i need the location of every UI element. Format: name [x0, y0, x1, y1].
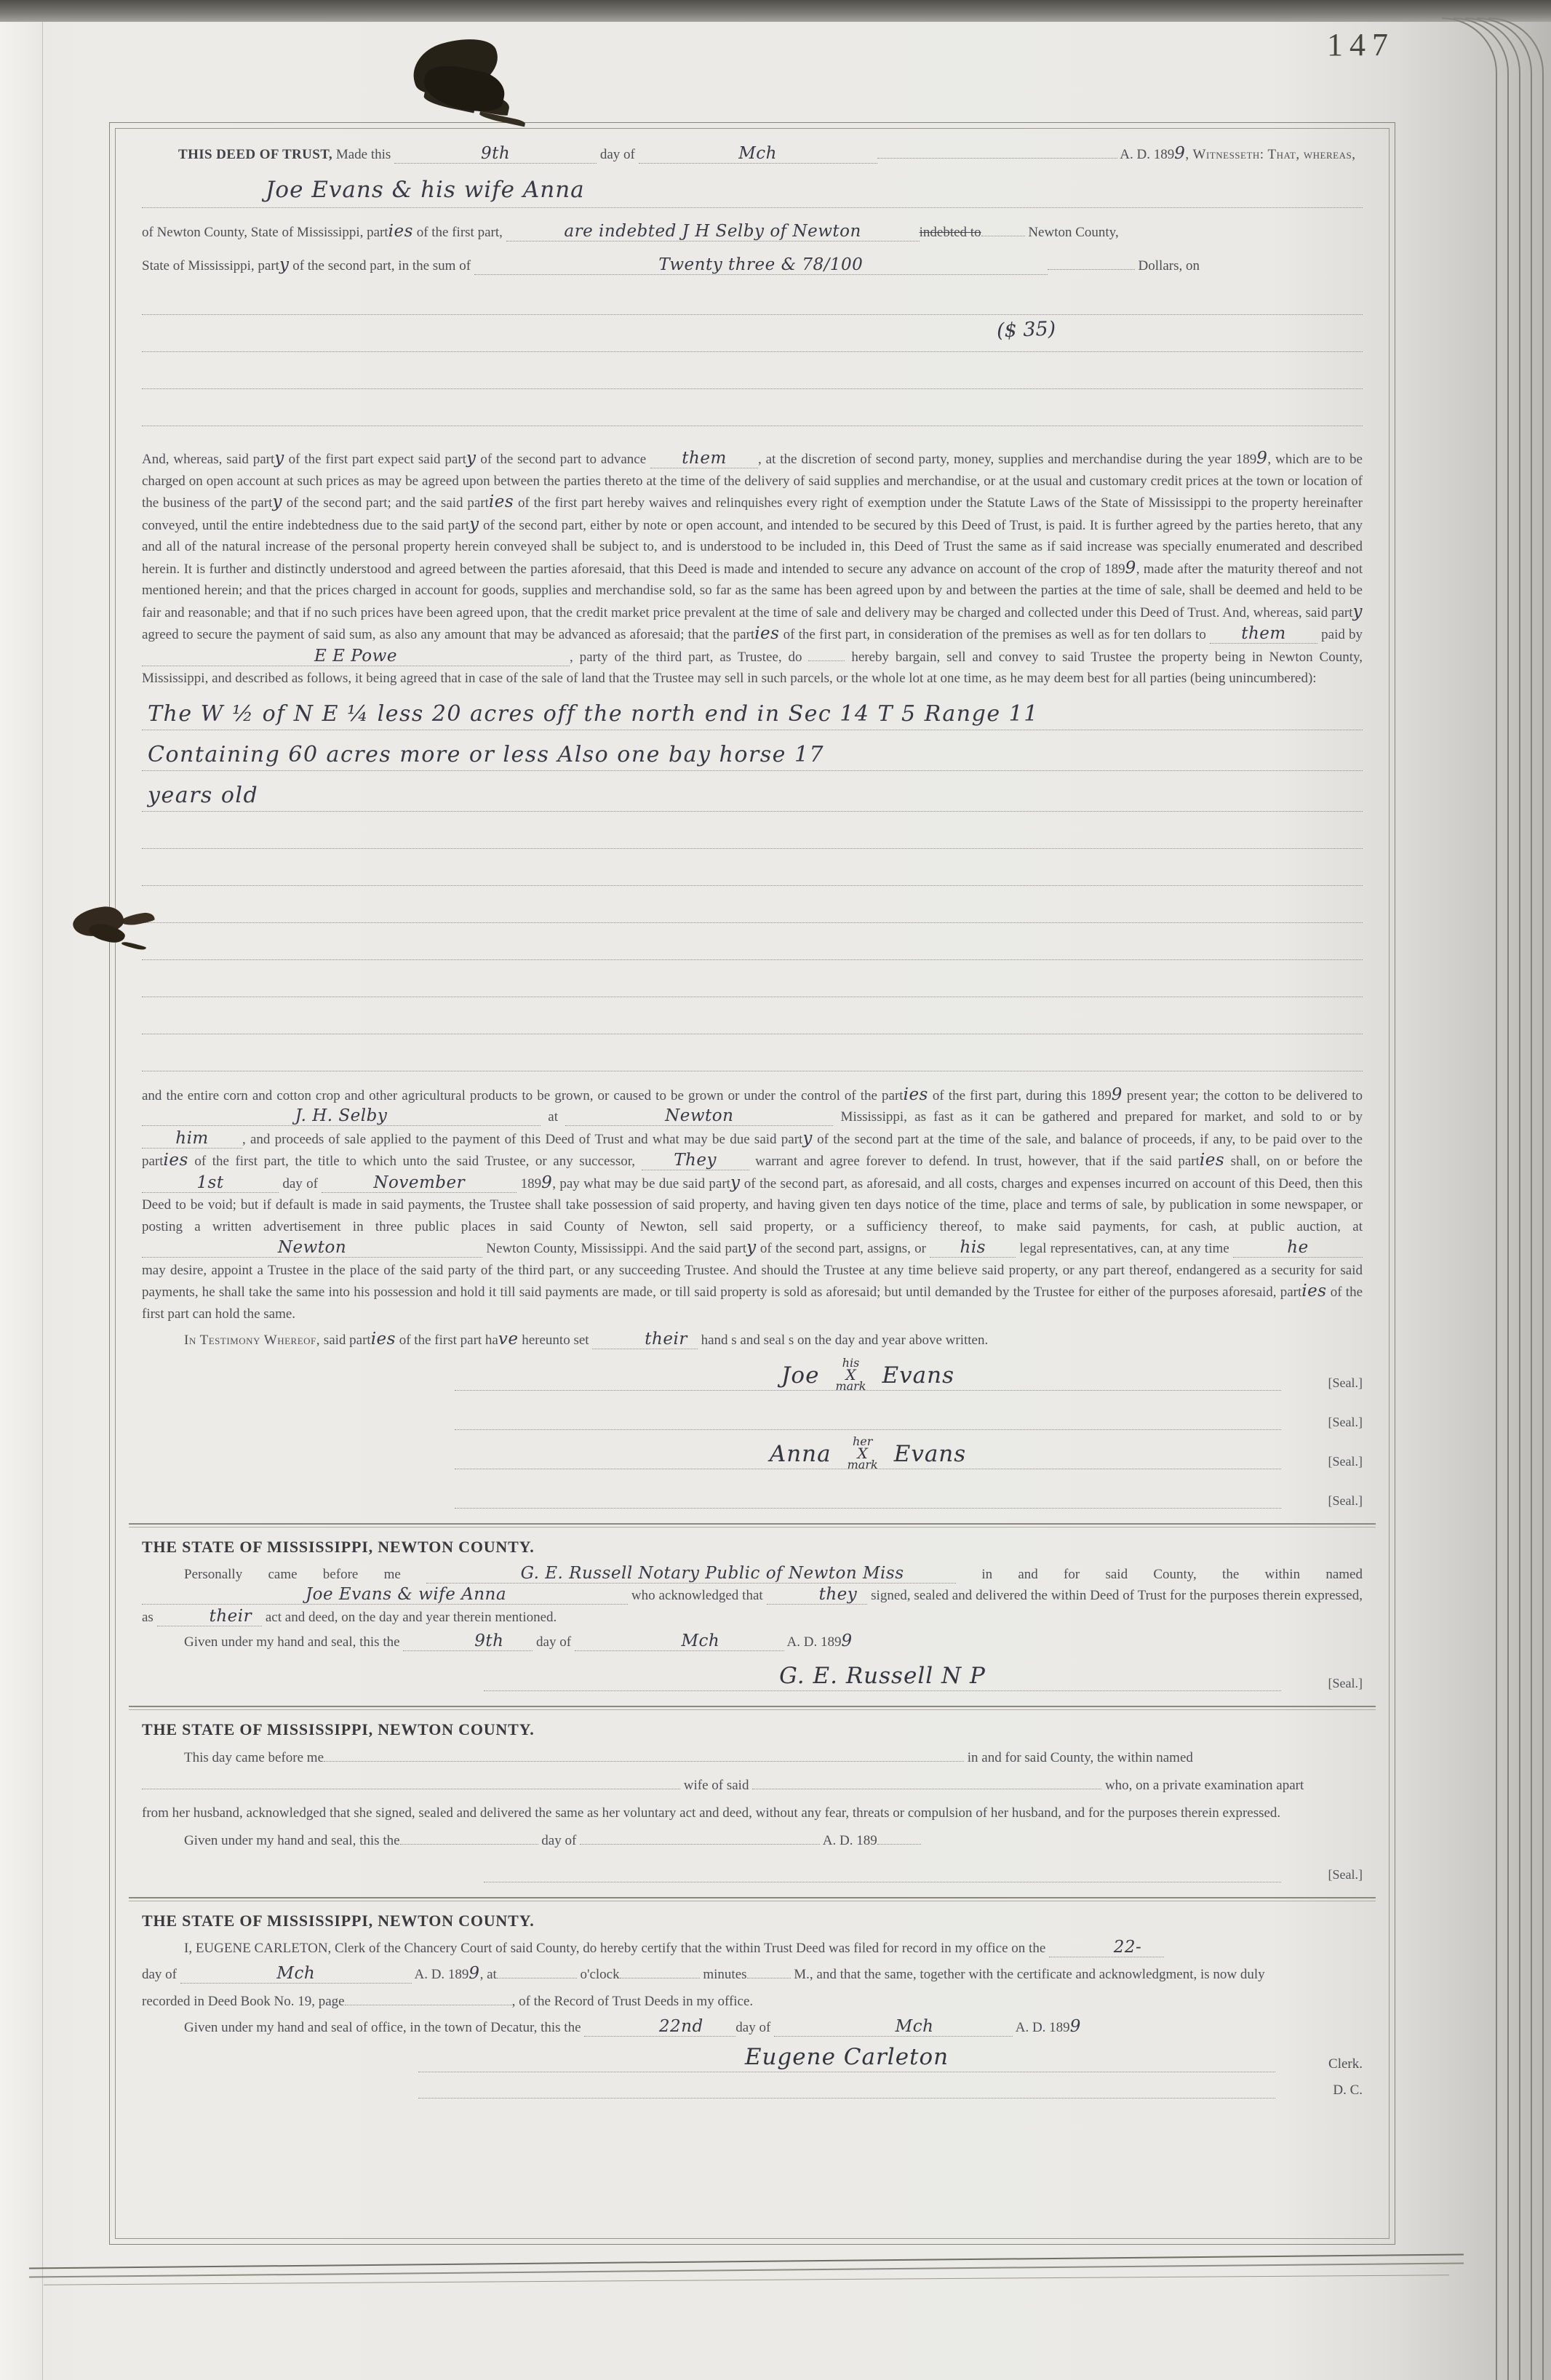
text-run: Joe Evans & wife Anna — [142, 1585, 628, 1605]
signature-line-blank — [455, 1428, 1281, 1430]
blank-ruled-line — [142, 352, 1363, 389]
text-run: day of — [597, 147, 639, 162]
seal-label: [Seal.] — [1281, 1454, 1363, 1469]
scanned-deed-page: { "page": { "number": "147" }, "labels":… — [0, 0, 1551, 2380]
text-run: indebted to — [920, 225, 981, 240]
notary-acknowledgment-paragraph: Personally came before me G. E. Russell … — [142, 1564, 1363, 1629]
state-county-header: THE STATE OF MISSISSIPPI, NEWTON COUNTY. — [142, 1912, 1363, 1930]
signature-last-name: Evans — [894, 1441, 967, 1467]
text-run: y — [469, 515, 479, 534]
text-run: in and for said County, the within named — [964, 1750, 1193, 1765]
text-run: day of — [735, 2020, 774, 2035]
text-run: y — [802, 1129, 813, 1148]
signature-line: G. E. Russell N P — [484, 1663, 1281, 1691]
text-run: Given under my hand and seal, this the — [184, 1833, 400, 1848]
state-county-header: THE STATE OF MISSISSIPPI, NEWTON COUNTY. — [142, 1538, 1363, 1557]
text-run — [877, 143, 1117, 159]
notary-given-line: Given under my hand and seal, this the 9… — [142, 1631, 1363, 1653]
text-run: said part — [418, 452, 466, 467]
text-run — [808, 646, 845, 661]
text-run — [752, 1774, 1101, 1789]
text-run — [877, 1829, 921, 1845]
blank-ruled-line — [142, 812, 1363, 849]
text-run: who acknowledged that — [628, 1588, 767, 1603]
deed-covenant-paragraph: And, whereas, said party of the first pa… — [142, 448, 1363, 690]
blank-ruled-line — [142, 960, 1363, 997]
seal-label: [Seal.] — [1281, 1375, 1363, 1391]
clerk-certificate-line: day of Mch A. D. 1899, at o'clock minute… — [142, 1963, 1363, 1986]
text-run: J. H. Selby — [142, 1106, 541, 1126]
seal-label: [Seal.] — [1281, 1415, 1363, 1430]
ink-smudge — [67, 901, 183, 949]
text-run: M., and that the same, together with the… — [791, 1967, 1265, 1982]
text-run: , pay what may be due said part — [552, 1176, 730, 1191]
text-run: him — [142, 1129, 242, 1149]
text-run: Given under my hand and seal of office, … — [184, 2020, 584, 2035]
deputy-clerk-label: D. C. — [1275, 2082, 1363, 2099]
text-run: day of — [538, 1833, 581, 1848]
text-run: day of — [142, 1967, 180, 1982]
text-run: A. D. 189 — [820, 1833, 877, 1848]
text-run: , of the Record of Trust Deeds in my off… — [512, 1994, 754, 2009]
text-run: 9th — [394, 144, 597, 164]
text-run: minutes — [700, 1967, 747, 1982]
text-run: his — [930, 1238, 1016, 1258]
ink-blot — [404, 38, 521, 116]
testimony-line: In Testimony Whereof, said parties of th… — [142, 1329, 1363, 1351]
text-run: who, on a private examination apart — [1101, 1778, 1304, 1793]
property-description-line: years old — [142, 771, 1363, 812]
section-divider — [129, 1706, 1376, 1710]
text-run: present year; the cotton to be delivered… — [1123, 1088, 1363, 1103]
scan-top-edge — [0, 0, 1551, 22]
page-bottom-edge — [44, 2275, 1449, 2285]
text-run: Mississippi, as fast as it can be gather… — [833, 1109, 1363, 1125]
text-run: legal representatives, can, at any time — [1016, 1241, 1233, 1256]
text-run: A. D. 189 — [784, 1634, 842, 1650]
text-run — [620, 1963, 700, 1978]
blank-ruled-line — [142, 886, 1363, 923]
text-run: Newton County, Mississippi. And the said… — [482, 1241, 746, 1256]
text-run: warrant and agree forever to defend. In … — [749, 1154, 1200, 1169]
blank-ruled-line — [142, 923, 1363, 960]
signature-first-name: Anna — [770, 1441, 832, 1467]
text-run: A. D. 189 — [1013, 2020, 1070, 2035]
text-run: hereunto set — [518, 1333, 592, 1348]
text-run: from her husband, acknowledged that she … — [142, 1805, 1280, 1821]
text-run: Made this — [332, 147, 394, 162]
text-run: , at — [480, 1967, 497, 1982]
text-run: 22- — [1049, 1938, 1164, 1957]
scan-left-edge — [0, 0, 43, 2380]
text-run: them — [650, 449, 758, 468]
text-run: day of — [533, 1634, 575, 1650]
text-run: ies — [1200, 1151, 1224, 1170]
text-run: And, whereas, said part — [142, 452, 274, 467]
text-run: y — [279, 255, 290, 274]
text-run: ies — [489, 492, 514, 511]
text-run: of the second part to advance — [476, 452, 650, 467]
text-run: y — [274, 449, 284, 468]
text-run: Mch — [575, 1632, 784, 1651]
text-run: ies — [1301, 1282, 1326, 1301]
signature-line: Joe his X mark Evans — [455, 1355, 1281, 1391]
text-run: ies — [164, 1151, 188, 1170]
clerk-signature-row: Eugene Carleton Clerk. — [142, 2039, 1363, 2072]
wife-ack-line: wife of said who, on a private examinati… — [142, 1774, 1363, 1797]
sum-line: State of Mississippi, party of the secon… — [142, 253, 1363, 278]
blank-ruled-line — [142, 389, 1363, 426]
text-run: may desire, appoint a Trustee in the pla… — [142, 1263, 1363, 1301]
signature-line-blank — [455, 1506, 1281, 1509]
text-run: 9 — [1112, 1085, 1123, 1104]
text-run: said part — [320, 1333, 371, 1348]
text-run: of the first part, in consideration of t… — [779, 627, 1210, 642]
signature-line: Anna her X mark Evans — [455, 1434, 1281, 1469]
text-run: In Testimony Whereof, — [184, 1333, 320, 1348]
text-run: E E Powe — [142, 647, 570, 666]
wife-ack-line: from her husband, acknowledged that she … — [142, 1802, 1363, 1824]
signature-line: Eugene Carleton — [418, 2044, 1275, 2072]
text-run: ies — [371, 1330, 396, 1349]
clerk-certificate-line: recorded in Deed Book No. 19, page, of t… — [142, 1990, 1363, 2013]
signature-row: Joe his X mark Evans [Seal.] — [142, 1354, 1363, 1391]
clerk-label: Clerk. — [1275, 2056, 1363, 2072]
text-run: 9 — [1256, 449, 1267, 468]
text-run: are indebted J H Selby of Newton — [506, 222, 920, 241]
text-run: paid by — [1317, 627, 1363, 642]
page-number: 147 — [1327, 26, 1395, 63]
page-curl-edge — [1488, 17, 1544, 2380]
text-run: 1st — [142, 1173, 279, 1193]
text-run: 189 — [517, 1176, 541, 1191]
signature-line-blank — [484, 1880, 1281, 1882]
section-divider — [129, 1523, 1376, 1528]
text-run: of Newton County, State of Mississippi, … — [142, 225, 388, 240]
text-run: Mch — [639, 144, 877, 164]
seal-label: [Seal.] — [1281, 1676, 1363, 1691]
text-run: y — [746, 1238, 757, 1257]
text-run: , and proceeds of sale applied to the pa… — [242, 1132, 802, 1147]
text-run — [580, 1829, 820, 1845]
text-run: their — [157, 1607, 263, 1626]
text-run: Dollars, on — [1135, 258, 1200, 273]
text-run: ies — [388, 222, 413, 241]
text-run: Newton — [565, 1106, 833, 1126]
text-run — [345, 1990, 512, 2005]
text-run: and the entire corn and cotton crop and … — [142, 1088, 904, 1103]
text-run: y — [272, 492, 282, 511]
text-run: of the first part, the title to which un… — [188, 1154, 642, 1169]
text-run: State of Mississippi, part — [142, 258, 279, 273]
scan-background: 147 ($ 35) THIS DEED OF TRUST, Made this… — [0, 0, 1551, 2380]
seal-label: [Seal.] — [1281, 1493, 1363, 1509]
text-run: , at the discretion of second party, mon… — [758, 452, 1256, 467]
signature-last-name: Evans — [882, 1362, 955, 1389]
text-run: at — [541, 1109, 565, 1125]
text-run: y — [1353, 602, 1363, 621]
text-run: Personally came before me — [184, 1567, 426, 1582]
text-run: ies — [904, 1085, 928, 1104]
his-mark: his X mark — [835, 1358, 866, 1391]
text-run — [324, 1746, 964, 1762]
signature-first-name: Joe — [781, 1362, 819, 1389]
clerk-certificate-line: I, EUGENE CARLETON, Clerk of the Chancer… — [142, 1938, 1363, 1960]
deed-form: THIS DEED OF TRUST, Made this 9th day of… — [109, 122, 1395, 2245]
text-run: A. D. 189 — [1117, 147, 1175, 162]
first-part-line: of Newton County, State of Mississippi, … — [142, 220, 1363, 244]
clerk-given-line: Given under my hand and seal of office, … — [142, 2016, 1363, 2039]
text-run: Newton — [142, 1238, 482, 1258]
text-run: of the second part, assigns, or — [757, 1241, 930, 1256]
section-divider — [129, 1897, 1376, 1901]
signature-row: Anna her X mark Evans [Seal.] — [142, 1433, 1363, 1469]
text-run — [497, 1963, 577, 1978]
text-run: of the first part, during this 189 — [928, 1088, 1112, 1103]
seal-label: [Seal.] — [1281, 1867, 1363, 1882]
blank-ruled-line — [142, 849, 1363, 886]
text-run: 22nd — [584, 2017, 735, 2037]
text-run: I, EUGENE CARLETON, Clerk of the Chancer… — [184, 1941, 1049, 1956]
blank-ruled-line — [142, 278, 1363, 315]
text-run: 9th — [403, 1632, 533, 1651]
text-run: THIS DEED OF TRUST, — [178, 147, 332, 162]
text-run — [142, 1774, 680, 1789]
blank-ruled-line — [142, 315, 1363, 352]
text-run: , Witnesseth: That, whereas, — [1185, 147, 1355, 162]
clerk-signature: Eugene Carleton — [745, 2044, 949, 2070]
text-run: hand s and seal s on the day and year ab… — [698, 1333, 988, 1348]
wife-ack-line: This day came before me in and for said … — [142, 1746, 1363, 1769]
text-run: recorded in Deed Book No. 19, page — [142, 1994, 345, 2009]
text-run: y — [466, 449, 477, 468]
wife-given-line: Given under my hand and seal, this the d… — [142, 1829, 1363, 1852]
text-run: of the second part; and the said part — [282, 495, 489, 511]
state-county-header: THE STATE OF MISSISSIPPI, NEWTON COUNTY. — [142, 1720, 1363, 1739]
text-run — [747, 1963, 791, 1978]
text-run: Twenty three & 78/100 — [474, 255, 1048, 275]
text-run: 9 — [469, 1964, 479, 1983]
page-bottom-edge — [29, 2254, 1464, 2278]
blank-ruled-line — [142, 1034, 1363, 1071]
wife-seal-row: [Seal.] — [142, 1852, 1363, 1882]
text-run: in and for said County, the within named — [956, 1567, 1363, 1582]
text-run — [400, 1829, 538, 1845]
property-description-line: Containing 60 acres more or less Also on… — [142, 730, 1363, 771]
signature-line-blank — [418, 2096, 1275, 2099]
text-run: 9 — [1125, 559, 1136, 578]
her-mark: her X mark — [848, 1437, 878, 1470]
text-run — [1048, 255, 1135, 270]
text-run: he — [1233, 1238, 1363, 1258]
trust-terms-paragraph: and the entire corn and cotton crop and … — [142, 1085, 1363, 1325]
signature-row: [Seal.] — [142, 1394, 1363, 1430]
text-run: of the first part, — [413, 225, 506, 240]
text-run: them — [1210, 624, 1317, 644]
text-run: Mch — [774, 2017, 1013, 2037]
blank-ruled-line — [142, 997, 1363, 1034]
text-run: ies — [754, 624, 779, 643]
text-run: agreed to secure the payment of said sum… — [142, 627, 754, 642]
notary-signature-row: G. E. Russell N P [Seal.] — [142, 1653, 1363, 1691]
text-run: day of — [279, 1176, 322, 1191]
grantor-names-handwritten: Joe Evans & his wife Anna — [142, 174, 1363, 208]
text-run: This day came before me — [184, 1750, 324, 1765]
notary-signature: G. E. Russell N P — [779, 1663, 986, 1689]
text-run: their — [592, 1330, 698, 1349]
text-run: Given under my hand and seal, this the — [184, 1634, 403, 1650]
mark-word-bottom: mark — [835, 1381, 866, 1391]
mark-word-bottom: mark — [848, 1460, 878, 1470]
text-run: o'clock — [577, 1967, 620, 1982]
text-run: They — [642, 1151, 749, 1170]
text-run: shall, on or before the — [1224, 1154, 1363, 1169]
text-run: wife of said — [680, 1778, 752, 1793]
text-run — [981, 221, 1025, 236]
text-run: of the first part ha — [396, 1333, 498, 1348]
deputy-clerk-row: D. C. — [142, 2072, 1363, 2099]
text-run: 9 — [541, 1173, 552, 1192]
property-description-line: The W ½ of N E ¼ less 20 acres off the n… — [142, 690, 1363, 730]
text-run: 9 — [1174, 144, 1185, 163]
signature-row: [Seal.] — [142, 1472, 1363, 1509]
text-run: of the second part, in the sum of — [289, 258, 474, 273]
text-run: of the first part expect — [284, 452, 418, 467]
text-run: y — [730, 1173, 741, 1192]
text-run: Newton County, — [1025, 225, 1119, 240]
text-run: G. E. Russell Notary Public of Newton Mi… — [426, 1564, 956, 1584]
text-run: 9 — [841, 1632, 852, 1650]
text-run: 9 — [1070, 2017, 1081, 2036]
text-run: they — [767, 1585, 868, 1605]
text-run: Mch — [180, 1964, 412, 1984]
text-run: act and deed, on the day and year therei… — [262, 1610, 557, 1625]
deed-title-line: THIS DEED OF TRUST, Made this 9th day of… — [142, 142, 1363, 167]
text-run: ve — [498, 1330, 519, 1349]
text-run: A. D. 189 — [412, 1967, 469, 1982]
text-run: , party of the third part, as Trustee, d… — [570, 650, 808, 665]
text-run: November — [322, 1173, 517, 1193]
